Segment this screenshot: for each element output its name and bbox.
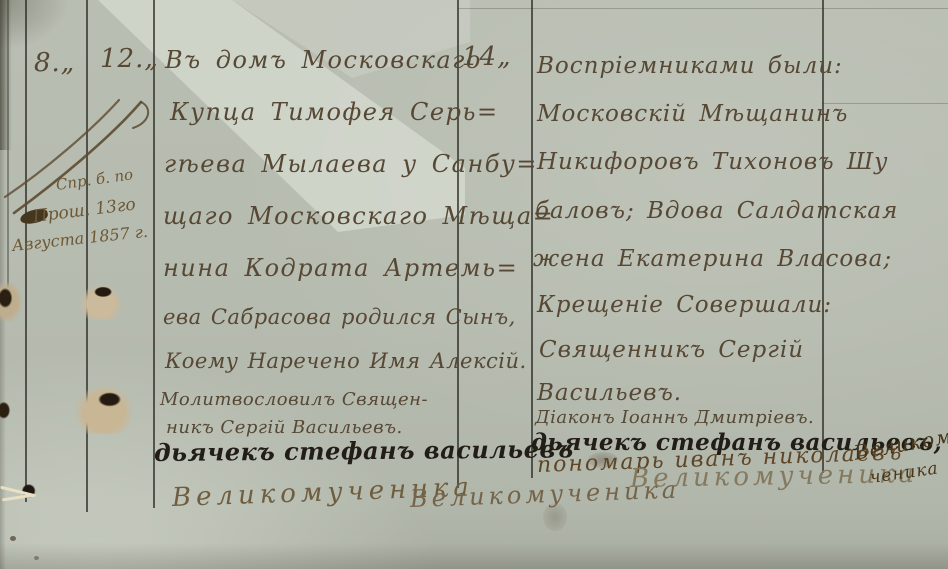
godparents-line: жена Екатерина Власова; (533, 246, 892, 272)
birth-record-line: Купца Тимофея Серь= (170, 98, 499, 126)
godparents-line: Воспріемниками были: (537, 53, 843, 79)
birth-record-line: щаго Московскаго Мѣща= (163, 202, 554, 230)
paper-hole (80, 284, 122, 320)
birth-record-line: гѣева Мылаева у Санбу= (164, 150, 538, 178)
birth-record-line: Въ домъ Московскаго (165, 46, 482, 74)
column-rule (153, 0, 155, 508)
birth-record-line: Коему Наречено Имя Алексій. (165, 349, 527, 373)
godparents-line: Крещеніе Совершали: (537, 292, 832, 318)
paper-speck (10, 536, 16, 541)
birth-clerk-signature: дьячекъ стефанъ васильевъ (154, 434, 574, 467)
entry-number-col1: 8.„ (34, 48, 75, 78)
birth-record-line: нина Кодрата Артемь= (163, 254, 518, 282)
column-rule (531, 0, 533, 478)
paper-hole (0, 395, 18, 429)
page-corner-shadow (0, 0, 70, 50)
godparents-line: Священникъ Сергій (539, 337, 804, 363)
entry-number-col2: 12.„ (100, 44, 159, 74)
godparents-line: Московскій Мѣщанинъ (537, 101, 848, 127)
page-bottom-shadow (0, 543, 948, 569)
column-rule (86, 0, 88, 512)
birth-record-line: ева Сабрасова родился Сынъ, (163, 305, 516, 329)
godparents-line: Никифоровъ Тихоновъ Шу (537, 149, 888, 175)
paper-hole (0, 282, 22, 322)
metric-book-page: 8.„ 12.„ 14„ Спр. б. по Прош. 13го Авгус… (0, 0, 948, 569)
godparents-line: Васильевъ. (537, 380, 682, 406)
row-rule (457, 8, 948, 9)
birth-record-line: Молитвословилъ Священ- (160, 389, 428, 410)
binding-thread (2, 472, 48, 514)
paper-hole (76, 386, 132, 434)
birth-record-line: никъ Сергій Васильевъ. (166, 417, 403, 438)
godparents-line: баловъ; Вдова Салдатская (535, 198, 898, 224)
paper-speck (34, 556, 39, 560)
godparents-line: Діаконъ Іоаннъ Дмитріевъ. (535, 407, 814, 428)
